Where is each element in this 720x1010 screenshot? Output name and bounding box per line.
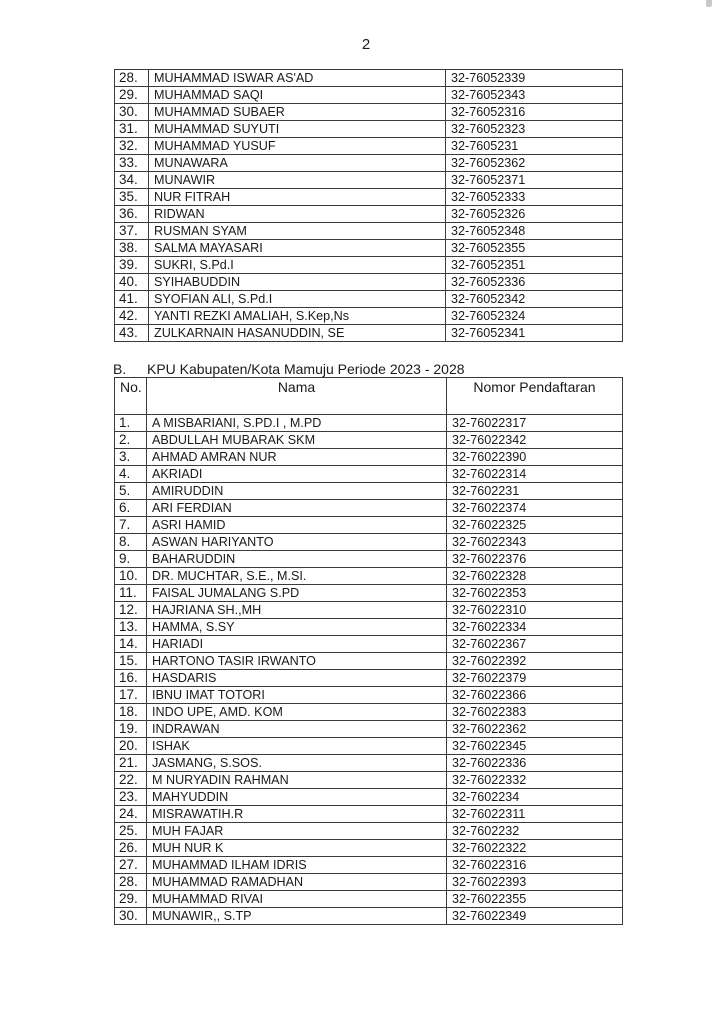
- row-number: 41.: [115, 291, 149, 308]
- registration-number: 32-76022332: [447, 772, 623, 789]
- registrant-name: MUHAMMAD RAMADHAN: [147, 874, 447, 891]
- table-row: 33.MUNAWARA32-76052362: [115, 155, 623, 172]
- row-number: 43.: [115, 325, 149, 342]
- row-number: 13.: [115, 619, 147, 636]
- row-number: 14.: [115, 636, 147, 653]
- table-row: 43.ZULKARNAIN HASANUDDIN, SE32-76052341: [115, 325, 623, 342]
- row-number: 1.: [115, 415, 147, 432]
- registrant-name: ZULKARNAIN HASANUDDIN, SE: [149, 325, 446, 342]
- table-row: 40.SYIHABUDDIN32-76052336: [115, 274, 623, 291]
- registration-number: 32-76052351: [446, 257, 623, 274]
- registration-number: 32-76022336: [447, 755, 623, 772]
- row-number: 26.: [115, 840, 147, 857]
- row-number: 33.: [115, 155, 149, 172]
- row-number: 27.: [115, 857, 147, 874]
- row-number: 32.: [115, 138, 149, 155]
- registrant-name: AMIRUDDIN: [147, 483, 447, 500]
- registrant-name: JASMANG, S.SOS.: [147, 755, 447, 772]
- registration-number: 32-76022353: [447, 585, 623, 602]
- table-row: 29.MUHAMMAD RIVAI32-76022355: [115, 891, 623, 908]
- registrant-name: A MISBARIANI, S.PD.I , M.PD: [147, 415, 447, 432]
- registration-number: 32-76022362: [447, 721, 623, 738]
- table-row: 30.MUHAMMAD SUBAER32-76052316: [115, 104, 623, 121]
- table-row: 5.AMIRUDDIN32-7602231: [115, 483, 623, 500]
- row-number: 20.: [115, 738, 147, 755]
- registration-number: 32-76022343: [447, 534, 623, 551]
- registrant-name: NUR FITRAH: [149, 189, 446, 206]
- registration-number: 32-76052348: [446, 223, 623, 240]
- registration-number: 32-76022311: [447, 806, 623, 823]
- table-row: 35.NUR FITRAH32-76052333: [115, 189, 623, 206]
- registrant-name: MUNAWARA: [149, 155, 446, 172]
- row-number: 31.: [115, 121, 149, 138]
- header-no: No.: [115, 378, 147, 415]
- registrant-name: ARI FERDIAN: [147, 500, 447, 517]
- registrant-name: INDRAWAN: [147, 721, 447, 738]
- row-number: 39.: [115, 257, 149, 274]
- registration-number: 32-76022376: [447, 551, 623, 568]
- row-number: 29.: [115, 87, 149, 104]
- table-row: 11.FAISAL JUMALANG S.PD32-76022353: [115, 585, 623, 602]
- table-row: 39.SUKRI, S.Pd.I32-76052351: [115, 257, 623, 274]
- registrant-name: FAISAL JUMALANG S.PD: [147, 585, 447, 602]
- row-number: 25.: [115, 823, 147, 840]
- row-number: 30.: [115, 104, 149, 121]
- row-number: 6.: [115, 500, 147, 517]
- registration-number: 32-76052324: [446, 308, 623, 325]
- registrant-name: HARTONO TASIR IRWANTO: [147, 653, 447, 670]
- registration-number: 32-76052333: [446, 189, 623, 206]
- table-row: 27.MUHAMMAD ILHAM IDRIS32-76022316: [115, 857, 623, 874]
- registration-number: 32-76052326: [446, 206, 623, 223]
- registrant-name: HAJRIANA SH.,MH: [147, 602, 447, 619]
- row-number: 10.: [115, 568, 147, 585]
- registrant-name: MUHAMMAD SUYUTI: [149, 121, 446, 138]
- table-row: 12.HAJRIANA SH.,MH32-76022310: [115, 602, 623, 619]
- table-row: 10.DR. MUCHTAR, S.E., M.SI.32-76022328: [115, 568, 623, 585]
- registration-number: 32-76022334: [447, 619, 623, 636]
- registration-number: 32-7602232: [447, 823, 623, 840]
- registration-number: 32-76022316: [447, 857, 623, 874]
- row-number: 40.: [115, 274, 149, 291]
- table-body: 28.MUHAMMAD ISWAR AS'AD32-7605233929.MUH…: [115, 70, 623, 342]
- table-row: 41.SYOFIAN ALI, S.Pd.I32-76052342: [115, 291, 623, 308]
- row-number: 42.: [115, 308, 149, 325]
- table-row: 7.ASRI HAMID32-76022325: [115, 517, 623, 534]
- table-row: 20.ISHAK32-76022345: [115, 738, 623, 755]
- row-number: 3.: [115, 449, 147, 466]
- registration-number: 32-7602231: [447, 483, 623, 500]
- section-title: KPU Kabupaten/Kota Mamuju Periode 2023 -…: [147, 361, 465, 377]
- registration-number: 32-7605231: [446, 138, 623, 155]
- row-number: 21.: [115, 755, 147, 772]
- table-row: 22.M NURYADIN RAHMAN32-76022332: [115, 772, 623, 789]
- registrant-name: INDO UPE, AMD. KOM: [147, 704, 447, 721]
- registration-number: 32-76022374: [447, 500, 623, 517]
- header-registration-number: Nomor Pendaftaran: [447, 378, 623, 415]
- registrant-name: RIDWAN: [149, 206, 446, 223]
- registrant-name: SALMA MAYASARI: [149, 240, 446, 257]
- registrant-name: MUNAWIR,, S.TP: [147, 908, 447, 925]
- registrant-name: MUHAMMAD RIVAI: [147, 891, 447, 908]
- row-number: 2.: [115, 432, 147, 449]
- table-row: 28.MUHAMMAD RAMADHAN32-76022393: [115, 874, 623, 891]
- table-row: 3.AHMAD AMRAN NUR32-76022390: [115, 449, 623, 466]
- table-row: 24.MISRAWATIH.R32-76022311: [115, 806, 623, 823]
- table-row: 4.AKRIADI32-76022314: [115, 466, 623, 483]
- registrant-name: MAHYUDDIN: [147, 789, 447, 806]
- table-row: 14.HARIADI32-76022367: [115, 636, 623, 653]
- table-row: 16.HASDARIS32-76022379: [115, 670, 623, 687]
- table-row: 36.RIDWAN32-76052326: [115, 206, 623, 223]
- registrant-name: IBNU IMAT TOTORI: [147, 687, 447, 704]
- row-number: 30.: [115, 908, 147, 925]
- registrant-name: ISHAK: [147, 738, 447, 755]
- registration-number: 32-76022342: [447, 432, 623, 449]
- registrant-name: SYOFIAN ALI, S.Pd.I: [149, 291, 446, 308]
- registrant-table-continued: 28.MUHAMMAD ISWAR AS'AD32-7605233929.MUH…: [114, 69, 623, 342]
- table-row: 17.IBNU IMAT TOTORI32-76022366: [115, 687, 623, 704]
- table-row: 13.HAMMA, S.SY32-76022334: [115, 619, 623, 636]
- registration-number: 32-76022392: [447, 653, 623, 670]
- registration-number: 32-76022366: [447, 687, 623, 704]
- row-number: 37.: [115, 223, 149, 240]
- row-number: 19.: [115, 721, 147, 738]
- row-number: 15.: [115, 653, 147, 670]
- registrant-name: ASRI HAMID: [147, 517, 447, 534]
- registration-number: 32-76022379: [447, 670, 623, 687]
- registrant-name: ASWAN HARIYANTO: [147, 534, 447, 551]
- registration-number: 32-76022393: [447, 874, 623, 891]
- row-number: 18.: [115, 704, 147, 721]
- registration-number: 32-76052316: [446, 104, 623, 121]
- table-row: 34.MUNAWIR32-76052371: [115, 172, 623, 189]
- row-number: 17.: [115, 687, 147, 704]
- registration-number: 32-76022317: [447, 415, 623, 432]
- table-row: 1.A MISBARIANI, S.PD.I , M.PD32-76022317: [115, 415, 623, 432]
- registrant-name: MUHAMMAD ISWAR AS'AD: [149, 70, 446, 87]
- registrant-name: ABDULLAH MUBARAK SKM: [147, 432, 447, 449]
- table-row: 26.MUH NUR K32-76022322: [115, 840, 623, 857]
- registrant-name: MUHAMMAD SUBAER: [149, 104, 446, 121]
- row-number: 35.: [115, 189, 149, 206]
- table-row: 38.SALMA MAYASARI32-76052355: [115, 240, 623, 257]
- registration-number: 32-76022310: [447, 602, 623, 619]
- registrant-name: DR. MUCHTAR, S.E., M.SI.: [147, 568, 447, 585]
- table-row: 2.ABDULLAH MUBARAK SKM32-76022342: [115, 432, 623, 449]
- row-number: 12.: [115, 602, 147, 619]
- registrant-name: AKRIADI: [147, 466, 447, 483]
- row-number: 28.: [115, 70, 149, 87]
- table-row: 23.MAHYUDDIN32-7602234: [115, 789, 623, 806]
- row-number: 9.: [115, 551, 147, 568]
- section-letter: B.: [113, 361, 147, 377]
- registration-number: 32-76022367: [447, 636, 623, 653]
- registrant-name: MISRAWATIH.R: [147, 806, 447, 823]
- table-row: 37.RUSMAN SYAM32-76052348: [115, 223, 623, 240]
- registrant-name: M NURYADIN RAHMAN: [147, 772, 447, 789]
- registration-number: 32-76022325: [447, 517, 623, 534]
- registrant-name: MUNAWIR: [149, 172, 446, 189]
- registrant-name: MUH NUR K: [147, 840, 447, 857]
- registration-number: 32-76022328: [447, 568, 623, 585]
- registrant-name: MUH FAJAR: [147, 823, 447, 840]
- registration-number: 32-76022390: [447, 449, 623, 466]
- registration-number: 32-76052336: [446, 274, 623, 291]
- row-number: 38.: [115, 240, 149, 257]
- section-heading: B.KPU Kabupaten/Kota Mamuju Periode 2023…: [113, 361, 465, 377]
- row-number: 34.: [115, 172, 149, 189]
- registrant-name: MUHAMMAD ILHAM IDRIS: [147, 857, 447, 874]
- registrant-table-mamuju: No. Nama Nomor Pendaftaran 1.A MISBARIAN…: [114, 377, 623, 925]
- registration-number: 32-76022355: [447, 891, 623, 908]
- registrant-name: RUSMAN SYAM: [149, 223, 446, 240]
- table-row: 29.MUHAMMAD SAQI32-76052343: [115, 87, 623, 104]
- row-number: 16.: [115, 670, 147, 687]
- row-number: 28.: [115, 874, 147, 891]
- registrant-name: HASDARIS: [147, 670, 447, 687]
- registration-number: 32-76052323: [446, 121, 623, 138]
- row-number: 36.: [115, 206, 149, 223]
- table-row: 28.MUHAMMAD ISWAR AS'AD32-76052339: [115, 70, 623, 87]
- table-row: 6.ARI FERDIAN32-76022374: [115, 500, 623, 517]
- table-row: 21.JASMANG, S.SOS.32-76022336: [115, 755, 623, 772]
- row-number: 24.: [115, 806, 147, 823]
- table-row: 19.INDRAWAN32-76022362: [115, 721, 623, 738]
- table-row: 8.ASWAN HARIYANTO32-76022343: [115, 534, 623, 551]
- registration-number: 32-76052339: [446, 70, 623, 87]
- registrant-name: BAHARUDDIN: [147, 551, 447, 568]
- row-number: 7.: [115, 517, 147, 534]
- row-number: 8.: [115, 534, 147, 551]
- registration-number: 32-76022345: [447, 738, 623, 755]
- table-row: 42.YANTI REZKI AMALIAH, S.Kep,Ns32-76052…: [115, 308, 623, 325]
- table-row: 30.MUNAWIR,, S.TP32-76022349: [115, 908, 623, 925]
- registrant-name: YANTI REZKI AMALIAH, S.Kep,Ns: [149, 308, 446, 325]
- table-body: 1.A MISBARIANI, S.PD.I , M.PD32-76022317…: [115, 415, 623, 925]
- table-row: 15.HARTONO TASIR IRWANTO32-76022392: [115, 653, 623, 670]
- header-name: Nama: [147, 378, 447, 415]
- registrant-name: SUKRI, S.Pd.I: [149, 257, 446, 274]
- row-number: 4.: [115, 466, 147, 483]
- registration-number: 32-76022322: [447, 840, 623, 857]
- registrant-name: MUHAMMAD YUSUF: [149, 138, 446, 155]
- scrollbar-thumb[interactable]: [706, 0, 712, 7]
- table-row: 9.BAHARUDDIN32-76022376: [115, 551, 623, 568]
- registration-number: 32-76022349: [447, 908, 623, 925]
- registrant-name: MUHAMMAD SAQI: [149, 87, 446, 104]
- registration-number: 32-76022383: [447, 704, 623, 721]
- registration-number: 32-76052362: [446, 155, 623, 172]
- table-row: 25.MUH FAJAR32-7602232: [115, 823, 623, 840]
- registration-number: 32-7602234: [447, 789, 623, 806]
- table-header-row: No. Nama Nomor Pendaftaran: [115, 378, 623, 415]
- registration-number: 32-76022314: [447, 466, 623, 483]
- registrant-name: AHMAD AMRAN NUR: [147, 449, 447, 466]
- registrant-name: HARIADI: [147, 636, 447, 653]
- registration-number: 32-76052343: [446, 87, 623, 104]
- registration-number: 32-76052371: [446, 172, 623, 189]
- table-row: 31.MUHAMMAD SUYUTI32-76052323: [115, 121, 623, 138]
- row-number: 29.: [115, 891, 147, 908]
- row-number: 5.: [115, 483, 147, 500]
- page-number: 2: [0, 36, 720, 53]
- registration-number: 32-76052355: [446, 240, 623, 257]
- row-number: 22.: [115, 772, 147, 789]
- registrant-name: HAMMA, S.SY: [147, 619, 447, 636]
- row-number: 11.: [115, 585, 147, 602]
- registration-number: 32-76052342: [446, 291, 623, 308]
- registrant-name: SYIHABUDDIN: [149, 274, 446, 291]
- table-row: 18.INDO UPE, AMD. KOM32-76022383: [115, 704, 623, 721]
- registration-number: 32-76052341: [446, 325, 623, 342]
- row-number: 23.: [115, 789, 147, 806]
- table-row: 32.MUHAMMAD YUSUF32-7605231: [115, 138, 623, 155]
